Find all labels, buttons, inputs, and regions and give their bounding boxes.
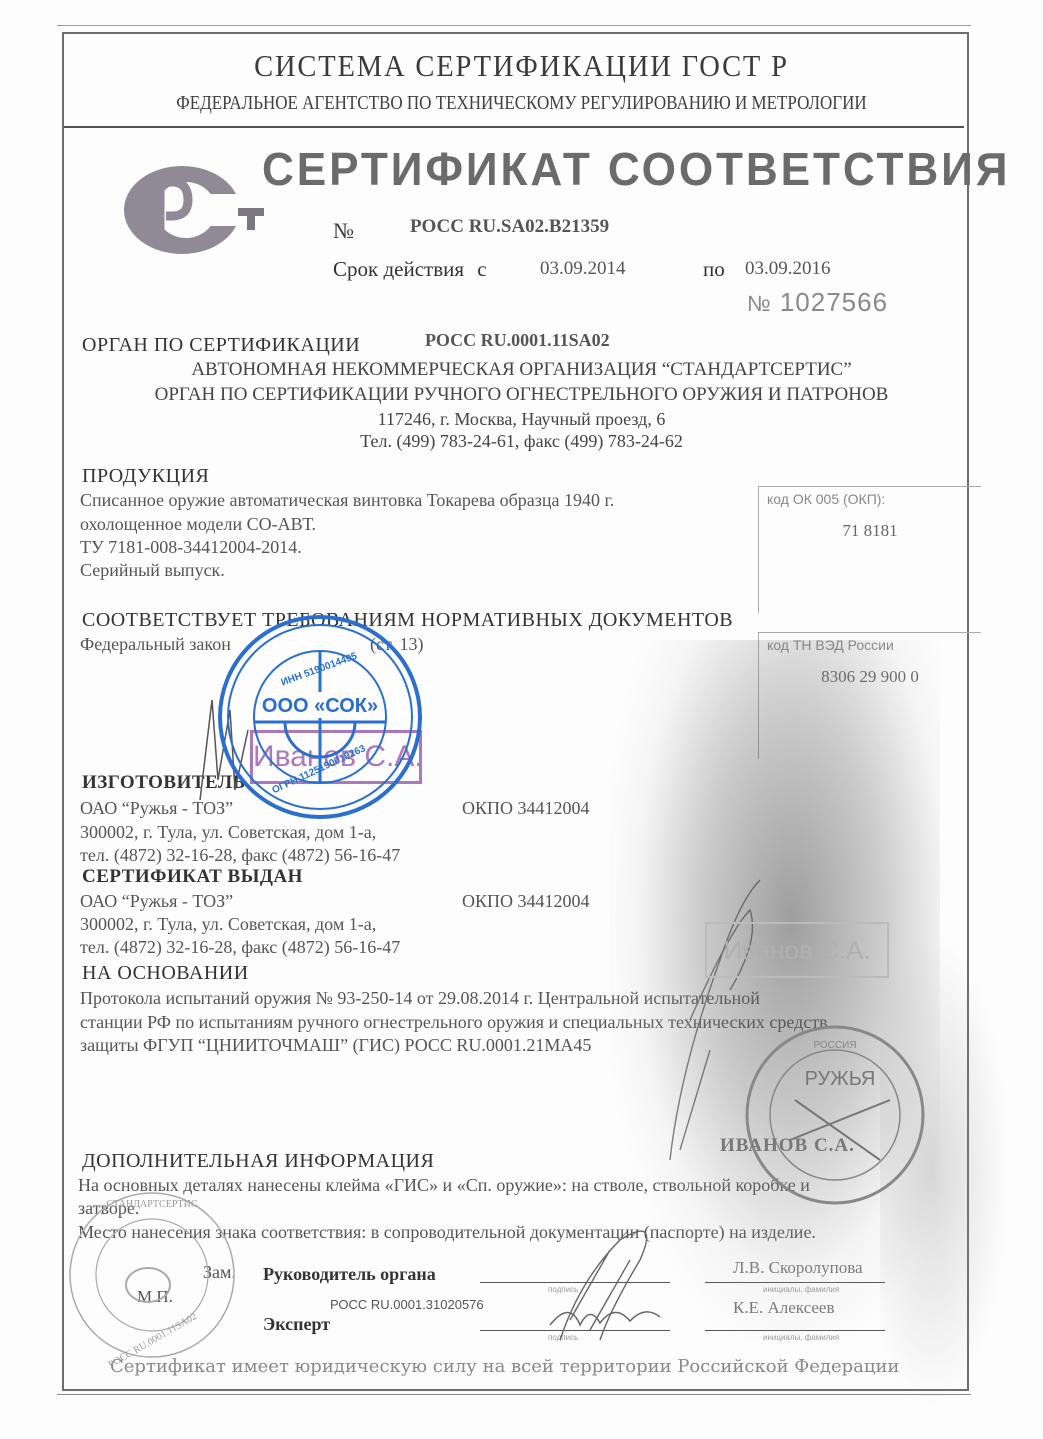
- manufacturer-name: ОАО “Ружья - ТОЗ”: [80, 796, 233, 820]
- okp-code-box: код ОК 005 (ОКП): 71 8181: [758, 486, 981, 613]
- certification-body-code: РОСС RU.0001.11SA02: [425, 330, 610, 351]
- manufacturer-address: 300002, г. Тула, ул. Советская, дом 1-а,: [80, 820, 376, 844]
- blank-number-label: №: [747, 291, 772, 316]
- conformity-text-start: Федеральный закон: [80, 632, 231, 656]
- okp-code-value: 71 8181: [759, 521, 981, 541]
- certification-body-line: АВТОНОМНАЯ НЕКОММЕРЧЕСКАЯ ОРГАНИЗАЦИЯ “С…: [0, 359, 1043, 381]
- issued-to-address: 300002, г. Тула, ул. Советская, дом 1-а,: [80, 912, 376, 936]
- blank-number-value: 1027566: [780, 287, 888, 317]
- additional-info-heading: ДОПОЛНИТЕЛЬНАЯ ИНФОРМАЦИЯ: [82, 1150, 434, 1173]
- valid-from-date: 03.09.2014: [540, 258, 626, 280]
- expert-code: РОСС RU.0001.31020576: [330, 1297, 484, 1312]
- head-name-caption: инициалы, фамилия: [763, 1285, 839, 1294]
- certification-body-heading: ОРГАН ПО СЕРТИФИКАЦИИ: [82, 334, 360, 357]
- basis-line: Протокола испытаний оружия № 93-250-14 о…: [80, 986, 760, 1010]
- from-label: с: [477, 257, 486, 281]
- expert-label: Эксперт: [263, 1314, 330, 1335]
- additional-info-line: На основных деталях нанесены клейма «ГИС…: [78, 1173, 810, 1197]
- seal-label: М.П.: [137, 1287, 173, 1307]
- expert-name-caption: инициалы, фамилия: [763, 1333, 839, 1342]
- rst-gost-mark-icon: [120, 160, 270, 260]
- okp-code-label: код ОК 005 (ОКП):: [767, 491, 885, 507]
- manufacturer-phone: тел. (4872) 32-16-28, факс (4872) 56-16-…: [80, 843, 400, 867]
- valid-to-date: 03.09.2016: [745, 258, 831, 280]
- head-name-line: [705, 1282, 885, 1283]
- product-line: охолощенное модели СО-АВТ.: [80, 512, 316, 536]
- head-signature-caption: подпись: [548, 1285, 578, 1294]
- product-line: Серийный выпуск.: [80, 558, 225, 582]
- certificate-page: СИСТЕМА СЕРТИФИКАЦИИ ГОСТ Р ФЕДЕРАЛЬНОЕ …: [0, 0, 1043, 1439]
- to-label: по: [703, 257, 725, 282]
- basis-heading: НА ОСНОВАНИИ: [82, 962, 249, 985]
- head-label: Руководитель органа: [263, 1264, 436, 1285]
- header-divider: [64, 126, 964, 128]
- expert-name-line: [705, 1330, 885, 1331]
- deputy-label: Зам.: [203, 1262, 236, 1283]
- conformity-text-end: (ст. 13): [370, 632, 424, 656]
- conformity-heading: СООТВЕТСТВУЕТ ТРЕБОВАНИЯМ НОРМАТИВНЫХ ДО…: [82, 609, 733, 632]
- additional-info-line: Место нанесения знака соответствия: в со…: [78, 1220, 816, 1244]
- product-heading: ПРОДУКЦИЯ: [82, 465, 209, 488]
- tnved-code-label: код ТН ВЭД России: [767, 637, 894, 653]
- issued-to-okpo: ОКПО 34412004: [462, 889, 590, 913]
- issued-to-phone: тел. (4872) 32-16-28, факс (4872) 56-16-…: [80, 935, 400, 959]
- ruzhya-stamp-signer: ИВАНОВ С.А.: [720, 1135, 855, 1157]
- certification-body-address: 117246, г. Москва, Научный проезд, 6: [0, 409, 1043, 430]
- certificate-number: РОСС RU.SA02.B21359: [410, 216, 609, 238]
- name-box-stamp-purple: Иванов С.А.: [250, 730, 422, 784]
- validity-row: Срок действия с: [333, 257, 487, 282]
- expert-signature-caption: подпись: [548, 1333, 578, 1342]
- agency-name: ФЕДЕРАЛЬНОЕ АГЕНТСТВО ПО ТЕХНИЧЕСКОМУ РЕ…: [78, 92, 965, 115]
- issued-to-name: ОАО “Ружья - ТОЗ”: [80, 889, 233, 913]
- additional-info-line: затворе.: [78, 1196, 139, 1220]
- product-line: ТУ 7181-008-34412004-2014.: [80, 535, 302, 559]
- expert-signature-line: [480, 1330, 670, 1331]
- basis-line: станции РФ по испытаниям ручного огнестр…: [80, 1010, 828, 1034]
- tnved-code-value: 8306 29 900 0: [759, 667, 981, 687]
- validity-label: Срок действия: [333, 257, 464, 281]
- name-box-stamp-grey: Иванов С.А.: [705, 922, 889, 978]
- head-signature-line: [480, 1282, 670, 1283]
- bottom-border-line: [57, 1394, 971, 1395]
- product-line: Списанное оружие автоматическая винтовка…: [80, 488, 614, 512]
- expert-name: К.Е. Алексеев: [733, 1298, 835, 1318]
- basis-line: защиты ФГУП “ЦНИИТОЧМАШ” (ГИС) РОСС RU.0…: [80, 1033, 591, 1057]
- number-label: №: [333, 218, 354, 244]
- issued-to-heading: СЕРТИФИКАТ ВЫДАН: [82, 866, 303, 888]
- certification-body-phone: Тел. (499) 783-24-61, факс (499) 783-24-…: [0, 431, 1043, 452]
- head-name: Л.В. Скоролупова: [733, 1258, 863, 1278]
- blank-number: № 1027566: [747, 287, 888, 318]
- certificate-title: СЕРТИФИКАТ СООТВЕТСТВИЯ: [262, 142, 1010, 196]
- certification-body-line: ОРГАН ПО СЕРТИФИКАЦИИ РУЧНОГО ОГНЕСТРЕЛЬ…: [0, 384, 1043, 406]
- top-border-line: [57, 25, 971, 26]
- validity-note: Сертификат имеет юридическую силу на все…: [110, 1356, 899, 1377]
- tnved-code-box: код ТН ВЭД России 8306 29 900 0: [758, 632, 981, 759]
- system-title: СИСТЕМА СЕРТИФИКАЦИИ ГОСТ Р: [42, 48, 1002, 84]
- manufacturer-heading: ИЗГОТОВИТЕЛЬ: [82, 772, 246, 794]
- manufacturer-okpo: ОКПО 34412004: [462, 796, 590, 820]
